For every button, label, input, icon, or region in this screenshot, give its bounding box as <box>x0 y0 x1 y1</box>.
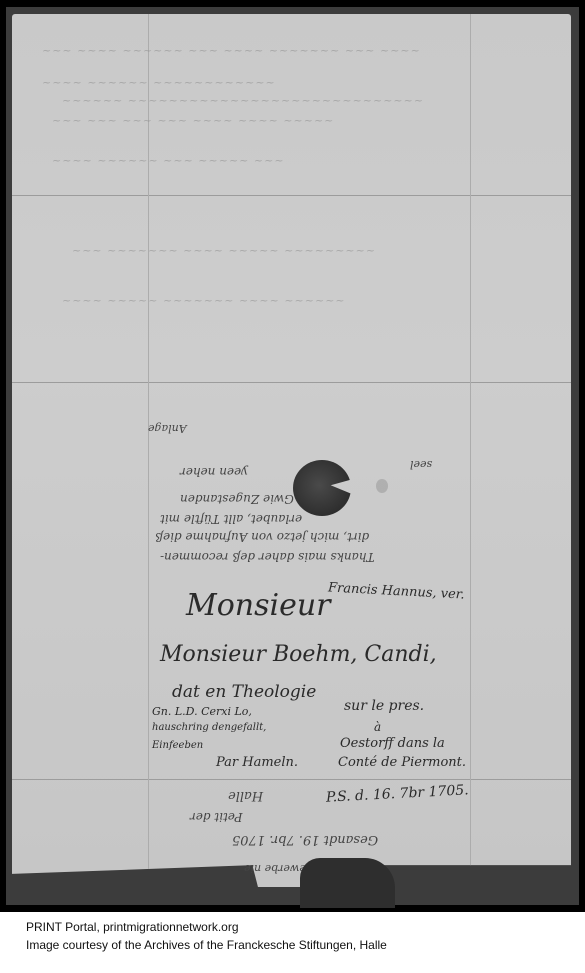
seal-mark <box>376 479 388 493</box>
scan-frame: ~~~ ~~~~ ~~~~~~ ~~~ ~~~~ ~~~~~~~ ~~~ ~~~… <box>0 0 585 912</box>
faded-text: ~~~~~~ ~~~~~~~~~~~~~~~~~~~~~~~~~~~~~ <box>62 94 424 107</box>
location-line: à <box>374 720 381 734</box>
upside-line: yeen neher <box>180 465 248 479</box>
faded-text: ~~~~ ~~~~~~ ~~~ ~~~~~ ~~~ <box>52 154 285 167</box>
via-route: Par Hameln. <box>216 755 298 770</box>
margin-note: Anlage <box>148 422 187 435</box>
upside-line: seel <box>410 458 432 471</box>
left-note: Gn. L.D. Cerxi Lo, <box>152 705 252 718</box>
upside-line: Gesandt 19. 7br. 1705 <box>232 832 378 847</box>
left-note: hauschring dengefallt, <box>152 722 266 733</box>
salutation: Monsieur <box>186 588 331 623</box>
faded-text: ~~~~ ~~~~~~ ~~~~~~~~~~~~ <box>42 76 276 89</box>
faded-text: ~~~ ~~~~~~~ ~~~~ ~~~~~ ~~~~~~~~~ <box>72 244 376 257</box>
location-line: Conté de Piermont. <box>338 755 466 770</box>
torn-area <box>300 858 395 908</box>
upside-line: erlaubet, allt Tüftle mit <box>160 512 302 526</box>
faded-text: ~~~ ~~~~ ~~~~~~ ~~~ ~~~~ ~~~~~~~ ~~~ ~~~… <box>42 44 421 57</box>
address-panel <box>148 380 471 780</box>
upside-line: dirt, mich jetzo von Aufnahme dieß <box>155 530 369 544</box>
location-line: sur le pres. <box>344 698 424 714</box>
faded-text: ~~~~ ~~~~~ ~~~~~~~ ~~~~ ~~~~~~ <box>62 294 346 307</box>
upside-line: Halle <box>228 788 263 803</box>
upside-line: Thanks mais daher deß recommen- <box>160 550 374 564</box>
upside-line: Gwie Zugestanden <box>180 492 294 506</box>
recipient-name: Monsieur Boehm, Candi, <box>160 642 437 667</box>
recipient-title: dat en Theologie <box>172 682 316 702</box>
location-line: Oestorff dans la <box>340 736 445 751</box>
image-caption: PRINT Portal, printmigrationnetwork.org … <box>26 918 387 954</box>
faded-text: ~~~ ~~~ ~~~ ~~~ ~~~~ ~~~~ ~~~~~ <box>52 114 334 127</box>
caption-credit: Image courtesy of the Archives of the Fr… <box>26 936 387 954</box>
fold-line <box>12 195 571 196</box>
upside-line: Petit der <box>190 810 242 824</box>
caption-source: PRINT Portal, printmigrationnetwork.org <box>26 918 387 936</box>
left-note: Einfeeben <box>152 740 203 751</box>
